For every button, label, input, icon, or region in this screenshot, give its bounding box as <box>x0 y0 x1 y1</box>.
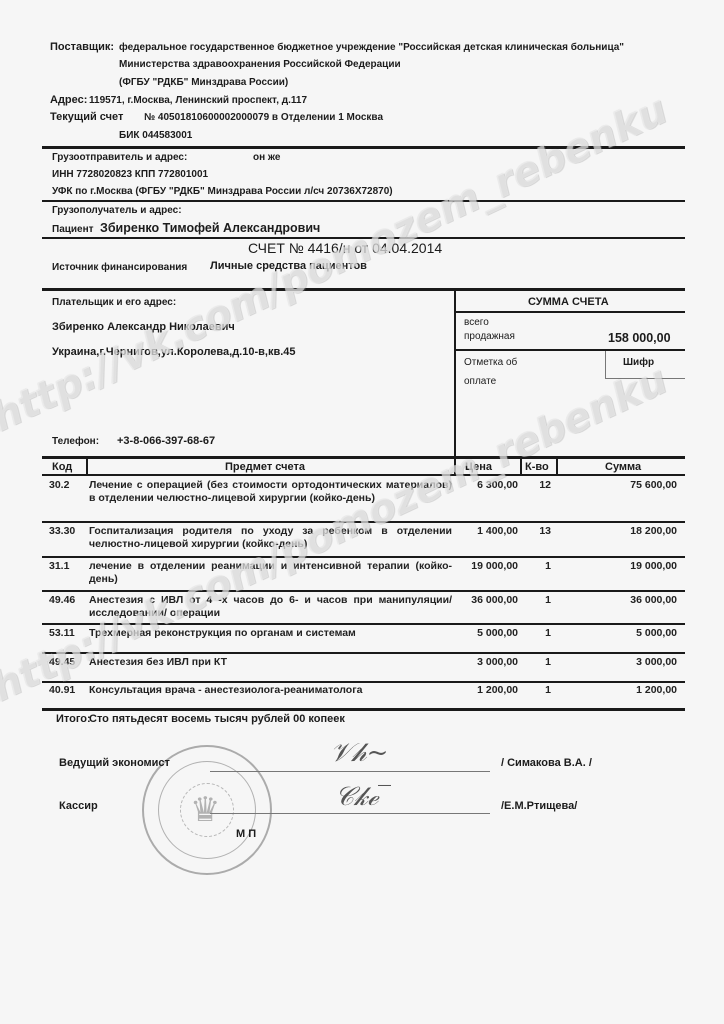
divider <box>42 146 685 149</box>
supplier-line1: федеральное государственное бюджетное уч… <box>119 42 624 53</box>
divider <box>455 349 685 351</box>
payer-phone: +3-8-066-397-68-67 <box>117 435 215 447</box>
patient-name: Збиренко Тимофей Александрович <box>100 221 320 235</box>
divider <box>455 311 685 313</box>
total-label-1: всего <box>464 317 489 328</box>
row-sum: 36 000,00 <box>560 594 677 607</box>
invoice-title: СЧЕТ № 4416/н от 04.04.2014 <box>248 240 442 256</box>
table-top-border <box>42 456 685 459</box>
row-qty: 13 <box>520 525 551 538</box>
payer-label: Плательщик и его адрес: <box>52 297 176 308</box>
consignee-label: Грузополучатель и адрес: <box>52 205 182 216</box>
row-price: 1 400,00 <box>456 525 518 538</box>
row-price: 19 000,00 <box>456 560 518 573</box>
address-label: Адрес: <box>50 94 87 106</box>
col-header-qty: К-во <box>525 461 549 473</box>
col-divider <box>520 458 522 475</box>
row-code: 33.30 <box>49 525 75 538</box>
cipher-underline <box>605 378 685 379</box>
col-divider <box>556 458 558 475</box>
funding-source: Личные средства пациентов <box>210 260 367 272</box>
row-code: 31.1 <box>49 560 69 573</box>
divider <box>42 288 685 291</box>
col-header-price: Цена <box>465 461 492 473</box>
shipper-value: он же <box>253 152 280 163</box>
account-number: № 40501810600002000079 в Отделении 1 Мос… <box>144 112 383 123</box>
row-sum: 18 200,00 <box>560 525 677 538</box>
row-sum: 5 000,00 <box>560 627 677 640</box>
economist-label: Ведущий экономист <box>59 757 170 769</box>
row-qty: 12 <box>520 479 551 492</box>
divider <box>42 237 685 239</box>
source-label: Источник финансирования <box>52 262 187 273</box>
row-divider <box>42 556 685 558</box>
account-label: Текущий счет <box>50 111 123 123</box>
header-bottom-border <box>42 474 685 476</box>
row-price: 3 000,00 <box>456 656 518 669</box>
cashier-signature: 𝒞𝓀ℯ‾ <box>335 782 391 813</box>
row-subject: Консультация врача - анестезиолога-реани… <box>89 684 452 697</box>
row-price: 1 200,00 <box>456 684 518 697</box>
col-header-code: Код <box>52 461 72 473</box>
col-divider <box>86 458 88 475</box>
economist-signature-line <box>210 771 490 772</box>
cashier-signature-line <box>210 813 490 814</box>
row-divider <box>42 590 685 592</box>
row-subject: Трехмерная реконструкция по органам и си… <box>89 627 452 640</box>
payer-address: Украина,г.Чернигов,ул.Королева,д.10-в,кв… <box>52 346 296 358</box>
shipper-label: Грузоотправитель и адрес: <box>52 152 187 163</box>
row-qty: 1 <box>520 656 551 669</box>
row-subject: лечение в отделении реанимации и интенси… <box>89 560 452 586</box>
table-bottom-border <box>42 708 685 711</box>
row-price: 36 000,00 <box>456 594 518 607</box>
patient-label: Пациент <box>52 224 94 235</box>
invoice-total: 158 000,00 <box>608 331 671 345</box>
col-header-subject: Предмет счета <box>225 461 305 473</box>
row-divider <box>42 652 685 654</box>
bik: БИК 044583001 <box>119 130 192 141</box>
coat-of-arms-icon: ♛ <box>190 790 220 830</box>
row-price: 5 000,00 <box>456 627 518 640</box>
summary-title: СУММА СЧЕТА <box>528 296 609 308</box>
row-price: 6 300,00 <box>456 479 518 492</box>
row-divider <box>42 521 685 523</box>
inn-kpp: ИНН 7728020823 КПП 772801001 <box>52 169 208 180</box>
supplier-line2: Министерства здравоохранения Российской … <box>119 59 401 70</box>
supplier-label: Поставщик: <box>50 41 114 53</box>
row-code: 30.2 <box>49 479 69 492</box>
economist-name: / Симакова В.А. / <box>501 757 592 769</box>
row-subject: Анестезия без ИВЛ при КТ <box>89 656 452 669</box>
total-label-2: продажная <box>464 331 515 342</box>
row-subject: Госпитализация родителя по уходу за ребе… <box>89 525 452 551</box>
row-code: 53.11 <box>49 627 75 640</box>
invoice-page: Поставщик: федеральное государственное б… <box>0 0 724 1024</box>
ufk: УФК по г.Москва (ФГБУ "РДКБ" Минздрава Р… <box>52 186 393 197</box>
stamp-place-label: М П <box>236 828 256 840</box>
row-divider <box>42 623 685 625</box>
row-sum: 1 200,00 <box>560 684 677 697</box>
row-sum: 3 000,00 <box>560 656 677 669</box>
divider <box>42 200 685 202</box>
row-code: 40.91 <box>49 684 75 697</box>
supplier-address: 119571, г.Москва, Ленинский проспект, д.… <box>89 95 307 106</box>
row-subject: Лечение с операцией (без стоимости ортод… <box>89 479 452 505</box>
row-subject: Анестезия с ИВЛ от 4 -х часов до 6- и ча… <box>89 594 452 620</box>
total-words-label: Итого: <box>56 713 91 725</box>
row-code: 49.45 <box>49 656 75 669</box>
col-divider <box>454 458 456 475</box>
box-divider <box>454 288 456 456</box>
row-divider <box>42 681 685 683</box>
payment-mark-2: оплате <box>464 376 496 387</box>
row-code: 49.46 <box>49 594 75 607</box>
cashier-name: /Е.М.Ртищева/ <box>501 800 577 812</box>
payment-mark-1: Отметка об <box>464 357 517 368</box>
row-qty: 1 <box>520 627 551 640</box>
row-qty: 1 <box>520 684 551 697</box>
row-sum: 19 000,00 <box>560 560 677 573</box>
payer-name: Збиренко Александр Николаевич <box>52 321 235 333</box>
economist-signature: 𝒱𝒽~ <box>330 738 388 769</box>
cashier-label: Кассир <box>59 800 98 812</box>
row-sum: 75 600,00 <box>560 479 677 492</box>
supplier-line3: (ФГБУ "РДКБ" Минздрава России) <box>119 77 288 88</box>
cipher-divider <box>605 351 606 378</box>
row-qty: 1 <box>520 560 551 573</box>
cipher-label: Шифр <box>623 357 654 368</box>
row-qty: 1 <box>520 594 551 607</box>
col-header-sum: Сумма <box>605 461 641 473</box>
total-words: Сто пятьдесят восемь тысяч рублей 00 коп… <box>89 713 345 725</box>
phone-label: Телефон: <box>52 436 99 447</box>
